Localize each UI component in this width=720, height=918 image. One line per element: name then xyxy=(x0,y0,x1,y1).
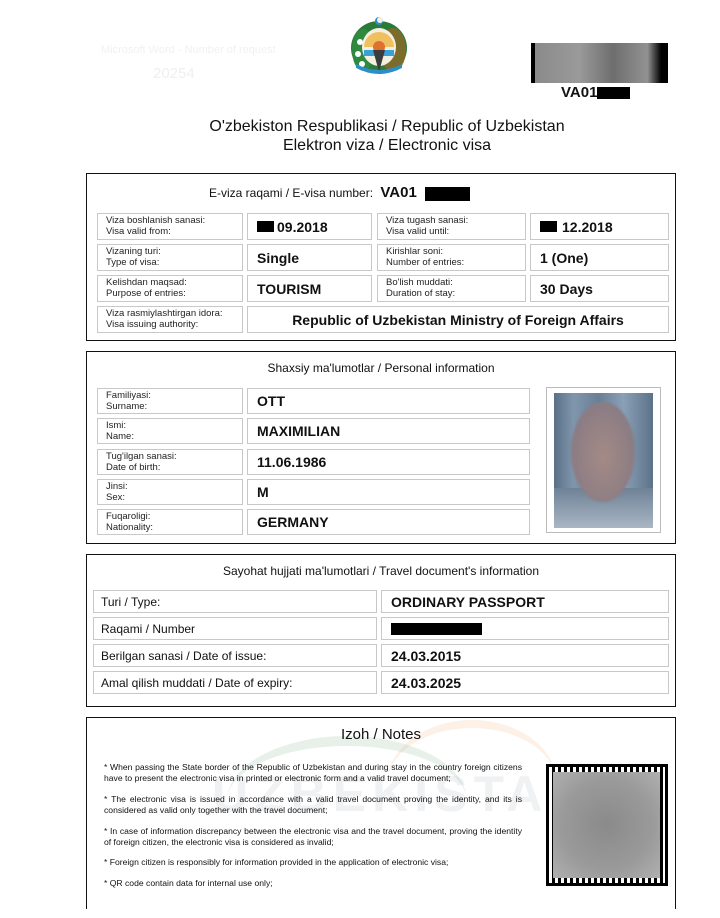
entries-value: 1 (One) xyxy=(530,244,669,271)
document-title-line1: O'zbekiston Respublikasi / Republic of U… xyxy=(0,118,720,136)
duration-value: 30 Days xyxy=(530,275,669,302)
note-item: * The electronic visa is issued in accor… xyxy=(104,794,522,815)
qr-blur-overlay xyxy=(553,772,660,878)
document-title-line2: Elektron viza / Electronic visa xyxy=(0,137,720,155)
notes-title: Izoh / Notes xyxy=(87,726,675,743)
surname-value: OTT xyxy=(247,388,530,414)
purpose-label: Kelishdan maqsad:Purpose of entries: xyxy=(97,275,243,302)
barcode-number: VA01 xyxy=(561,84,630,101)
document-type-label: Turi / Type: xyxy=(93,590,377,613)
authority-value: Republic of Uzbekistan Ministry of Forei… xyxy=(247,306,669,333)
valid-from-value: 09.2018 xyxy=(247,213,372,240)
faint-request-number: 20254 xyxy=(153,65,195,82)
blurred-face xyxy=(571,402,635,502)
note-item: * Foreign citizen is responsibly for inf… xyxy=(104,857,522,868)
redaction-bar xyxy=(257,221,274,232)
personal-info-section: Shaxsiy ma'lumotlar / Personal informati… xyxy=(86,351,676,544)
birth-date-label: Tug'ilgan sanasi:Date of birth: xyxy=(97,449,243,475)
issue-date-value: 24.03.2015 xyxy=(381,644,669,667)
note-item: * When passing the State border of the R… xyxy=(104,762,522,783)
expiry-date-value: 24.03.2025 xyxy=(381,671,669,694)
visa-details-section: E-viza raqami / E-visa number: VA01 Viza… xyxy=(86,173,676,341)
visa-number-value: VA01 xyxy=(380,184,416,201)
qr-code-icon xyxy=(546,764,668,886)
purpose-value: TOURISM xyxy=(247,275,372,302)
note-item: * In case of information discrepancy bet… xyxy=(104,826,522,847)
redaction-bar xyxy=(540,221,557,232)
valid-from-label: Viza boshlanish sanasi:Visa valid from: xyxy=(97,213,243,240)
birth-date-value: 11.06.1986 xyxy=(247,449,530,475)
valid-until-label: Viza tugash sanasi:Visa valid until: xyxy=(377,213,526,240)
issue-date-label: Berilgan sanasi / Date of issue: xyxy=(93,644,377,667)
redaction-bar xyxy=(391,623,482,635)
holder-photo xyxy=(554,393,653,528)
name-value: MAXIMILIAN xyxy=(247,418,530,444)
name-label: Ismi:Name: xyxy=(97,418,243,444)
valid-until-value: 12.2018 xyxy=(530,213,669,240)
nationality-value: GERMANY xyxy=(247,509,530,535)
travel-document-section: Sayohat hujjati ma'lumotlari / Travel do… xyxy=(86,554,676,707)
visa-type-value: Single xyxy=(247,244,372,271)
nationality-label: Fuqaroligi:Nationality: xyxy=(97,509,243,535)
document-type-value: ORDINARY PASSPORT xyxy=(381,590,669,613)
faint-header-label: Microsoft Word - Number of request xyxy=(101,44,276,56)
redaction-bar xyxy=(597,87,630,99)
document-number-value xyxy=(381,617,669,640)
sex-label: Jinsi:Sex: xyxy=(97,479,243,505)
sex-value: M xyxy=(247,479,530,505)
visa-type-label: Vizaning turi:Type of visa: xyxy=(97,244,243,271)
uzbekistan-emblem-icon xyxy=(348,14,410,78)
duration-label: Bo'lish muddati:Duration of stay: xyxy=(377,275,526,302)
photo-frame xyxy=(546,387,661,533)
personal-info-title: Shaxsiy ma'lumotlar / Personal informati… xyxy=(87,361,675,375)
entries-label: Kirishlar soni:Number of entries: xyxy=(377,244,526,271)
authority-label: Viza rasmiylashtirgan idora:Visa issuing… xyxy=(97,306,243,333)
barcode-redacted xyxy=(531,43,668,83)
document-number-label: Raqami / Number xyxy=(93,617,377,640)
visa-number-row: E-viza raqami / E-visa number: VA01 xyxy=(209,184,470,201)
surname-label: Familiyasi:Surname: xyxy=(97,388,243,414)
note-item: * QR code contain data for internal use … xyxy=(104,878,522,889)
redaction-bar xyxy=(425,187,470,201)
travel-document-title: Sayohat hujjati ma'lumotlari / Travel do… xyxy=(87,564,675,578)
expiry-date-label: Amal qilish muddati / Date of expiry: xyxy=(93,671,377,694)
visa-number-label: E-viza raqami / E-visa number: xyxy=(209,186,373,200)
